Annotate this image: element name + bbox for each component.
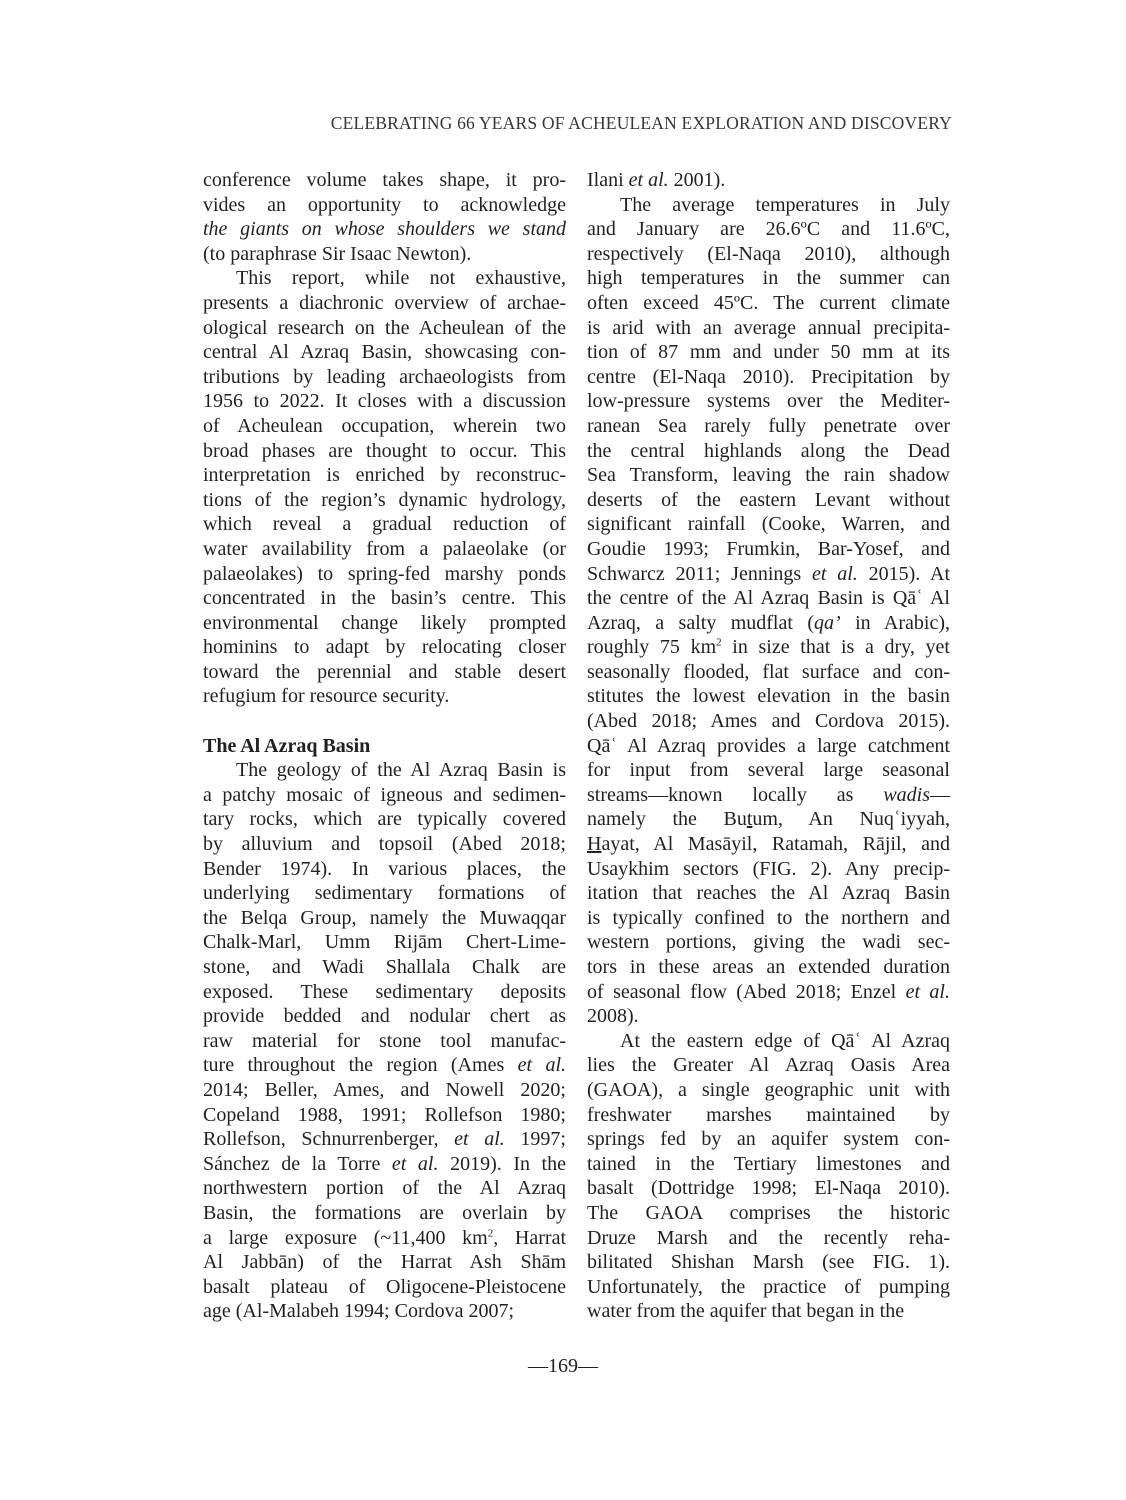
text-line: environmental change likely prompted: [203, 611, 566, 636]
text-line: tors in these areas an extended duration: [587, 955, 950, 980]
text-line: (Abed 2018; Ames and Cordova 2015).: [587, 709, 950, 734]
text-segment: which reveal a gradual reduction of: [203, 513, 566, 535]
text-line: Chalk-Marl, Umm Rijām Chert-Lime-: [203, 930, 566, 955]
text-segment: seasonally flooded, flat surface and con…: [587, 661, 950, 683]
section-gap: [203, 709, 566, 734]
text-line: Hayat, Al Masāyil, Ratamah, Rājil, and: [587, 832, 950, 857]
paragraph: Ilani et al. 2001).: [587, 168, 950, 193]
text-segment: 1956 to 2022. It closes with a discussio…: [203, 390, 566, 412]
text-line: Goudie 1993; Frumkin, Bar-Yosef, and: [587, 537, 950, 562]
italic-text: the giants on whose shoulders we stand: [203, 218, 566, 240]
text-segment: 2014; Beller, Ames, and Nowell 2020;: [203, 1079, 566, 1101]
italic-text: et al.: [454, 1128, 505, 1150]
text-segment: underlying sedimentary formations of: [203, 882, 566, 904]
text-line: Copeland 1988, 1991; Rollefson 1980;: [203, 1103, 566, 1128]
text-line: Sánchez de la Torre et al. 2019). In the: [203, 1152, 566, 1177]
text-segment: significant rainfall (Cooke, Warren, and: [587, 513, 950, 535]
text-segment: ological research on the Acheulean of th…: [203, 317, 566, 339]
text-line: ture throughout the region (Ames et al.: [203, 1053, 566, 1078]
text-line: 1956 to 2022. It closes with a discussio…: [203, 389, 566, 414]
text-segment: of seasonal flow (Abed 2018; Enzel: [587, 981, 906, 1003]
text-line: freshwater marshes maintained by: [587, 1103, 950, 1128]
text-line: palaeolakes) to spring-fed marshy ponds: [203, 562, 566, 587]
text-line: concentrated in the basin’s centre. This: [203, 586, 566, 611]
text-line: vides an opportunity to acknowledge: [203, 193, 566, 218]
text-line: Al Jabbān) of the Harrat Ash Shām: [203, 1250, 566, 1275]
text-line: Usaykhim sectors (FIG. 2). Any precip-: [587, 857, 950, 882]
text-segment: in size that is a dry, yet: [722, 636, 950, 658]
text-line: The GAOA comprises the historic: [587, 1201, 950, 1226]
text-segment: ture throughout the region (Ames: [203, 1054, 518, 1076]
text-segment: provide bedded and nodular chert as: [203, 1005, 566, 1027]
text-segment: Basin, the formations are overlain by: [203, 1202, 566, 1224]
text-line: Azraq, a salty mudflat (qa’ in Arabic),: [587, 611, 950, 636]
text-line: respectively (El-Naqa 2010), although: [587, 242, 950, 267]
text-segment: raw material for stone tool manufac-: [203, 1030, 566, 1052]
text-segment: Sánchez de la Torre: [203, 1153, 392, 1175]
text-segment: is typically confined to the northern an…: [587, 907, 950, 929]
text-line: northwestern portion of the Al Azraq: [203, 1176, 566, 1201]
text-line: The geology of the Al Azraq Basin is: [203, 758, 566, 783]
text-segment: Usaykhim sectors (FIG. 2). Any precip-: [587, 858, 950, 880]
text-line: low-pressure systems over the Mediter-: [587, 389, 950, 414]
text-segment: bilitated Shishan Marsh (see FIG. 1).: [587, 1251, 950, 1273]
text-line: seasonally flooded, flat surface and con…: [587, 660, 950, 685]
text-line: significant rainfall (Cooke, Warren, and: [587, 512, 950, 537]
text-line: This report, while not exhaustive,: [203, 266, 566, 291]
text-segment: of Acheulean occupation, wherein two: [203, 415, 566, 437]
text-line: and January are 26.6ºC and 11.6ºC,: [587, 217, 950, 242]
text-segment: toward the perennial and stable desert: [203, 661, 566, 683]
text-segment: centre (El-Naqa 2010). Precipitation by: [587, 366, 950, 388]
italic-text: wadis: [883, 784, 930, 806]
paragraph: The average temperatures in Julyand Janu…: [587, 193, 950, 1029]
text-line: tributions by leading archaeologists fro…: [203, 365, 566, 390]
text-segment: (to paraphrase Sir Isaac Newton).: [203, 243, 471, 265]
text-segment: namely the Bu: [587, 808, 747, 830]
text-segment: ayat, Al Masāyil, Ratamah, Rājil, and: [601, 833, 950, 855]
italic-text: et al.: [629, 169, 669, 191]
text-line: lies the Greater Al Azraq Oasis Area: [587, 1053, 950, 1078]
text-segment: the central highlands along the Dead: [587, 440, 950, 462]
text-line: toward the perennial and stable desert: [203, 660, 566, 685]
text-segment: basalt plateau of Oligocene-Pleistocene: [203, 1276, 566, 1298]
italic-text: et al.: [906, 981, 950, 1003]
text-segment: hominins to adapt by relocating closer: [203, 636, 566, 658]
text-line: conference volume takes shape, it pro-: [203, 168, 566, 193]
text-line: Schwarcz 2011; Jennings et al. 2015). At: [587, 562, 950, 587]
text-line: namely the Butum, An Nuqʿiyyah,: [587, 807, 950, 832]
text-line: is typically confined to the northern an…: [587, 906, 950, 931]
paragraph: The geology of the Al Azraq Basin isa pa…: [203, 758, 566, 1324]
text-line: hominins to adapt by relocating closer: [203, 635, 566, 660]
text-segment: The geology of the Al Azraq Basin is: [236, 759, 566, 781]
text-segment: 2001).: [669, 169, 726, 191]
text-segment: interpretation is enriched by reconstruc…: [203, 464, 566, 486]
text-segment: Druze Marsh and the recently reha-: [587, 1227, 950, 1249]
text-segment: tary rocks, which are typically covered: [203, 808, 566, 830]
text-segment: and January are 26.6ºC and 11.6ºC,: [587, 218, 950, 240]
italic-text: et al.: [392, 1153, 439, 1175]
text-segment: tained in the Tertiary limestones and: [587, 1153, 950, 1175]
text-segment: tors in these areas an extended duration: [587, 956, 950, 978]
text-segment: the Belqa Group, namely the Muwaqqar: [203, 907, 566, 929]
paragraph: This report, while not exhaustive,presen…: [203, 266, 566, 709]
text-segment: Copeland 1988, 1991; Rollefson 1980;: [203, 1104, 566, 1126]
text-line: centre (El-Naqa 2010). Precipitation by: [587, 365, 950, 390]
text-line: ological research on the Acheulean of th…: [203, 316, 566, 341]
text-line: Basin, the formations are overlain by: [203, 1201, 566, 1226]
italic-text: et al.: [812, 563, 858, 585]
text-segment: Unfortunately, the practice of pumping: [587, 1276, 950, 1298]
left-column: conference volume takes shape, it pro-vi…: [203, 168, 566, 1324]
text-line: presents a diachronic overview of archae…: [203, 291, 566, 316]
text-segment: itation that reaches the Al Azraq Basin: [587, 882, 950, 904]
text-line: provide bedded and nodular chert as: [203, 1004, 566, 1029]
text-line: roughly 75 km2 in size that is a dry, ye…: [587, 635, 950, 660]
text-line: Qāʿ Al Azraq provides a large catchment: [587, 734, 950, 759]
text-segment: conference volume takes shape, it pro-: [203, 169, 566, 191]
text-segment: The average temperatures in July: [620, 194, 950, 216]
text-segment: 2015). At: [858, 563, 950, 585]
text-segment: concentrated in the basin’s centre. This: [203, 587, 566, 609]
text-line: Druze Marsh and the recently reha-: [587, 1226, 950, 1251]
text-segment: for input from several large seasonal: [587, 759, 950, 781]
page-number: —169—: [0, 1355, 1126, 1378]
text-line: by alluvium and topsoil (Abed 2018;: [203, 832, 566, 857]
text-segment: Sea Transform, leaving the rain shadow: [587, 464, 950, 486]
text-line: the giants on whose shoulders we stand: [203, 217, 566, 242]
text-line: Ilani et al. 2001).: [587, 168, 950, 193]
text-segment: often exceed 45ºC. The current climate: [587, 292, 950, 314]
text-segment: tion of 87 mm and under 50 mm at its: [587, 341, 950, 363]
text-segment: H: [587, 833, 601, 855]
text-line: the centre of the Al Azraq Basin is Qāʿ …: [587, 586, 950, 611]
text-segment: a large exposure (~11,400 km: [203, 1227, 488, 1249]
text-segment: —: [930, 784, 950, 806]
text-segment: um, An Nuqʿiyyah,: [752, 808, 950, 830]
section-heading: The Al Azraq Basin: [203, 734, 566, 759]
text-segment: a patchy mosaic of igneous and sedimen-: [203, 784, 566, 806]
text-segment: tions of the region’s dynamic hydrology,: [203, 489, 566, 511]
text-line: tions of the region’s dynamic hydrology,: [203, 488, 566, 513]
text-segment: Al Jabbān) of the Harrat Ash Shām: [203, 1251, 566, 1273]
text-line: the central highlands along the Dead: [587, 439, 950, 464]
text-segment: broad phases are thought to occur. This: [203, 440, 566, 462]
text-segment: Chalk-Marl, Umm Rijām Chert-Lime-: [203, 931, 566, 953]
text-segment: in Arabic),: [841, 612, 950, 634]
text-line: which reveal a gradual reduction of: [203, 512, 566, 537]
text-line: 2014; Beller, Ames, and Nowell 2020;: [203, 1078, 566, 1103]
text-segment: tributions by leading archaeologists fro…: [203, 366, 566, 388]
text-line: underlying sedimentary formations of: [203, 881, 566, 906]
text-line: Unfortunately, the practice of pumping: [587, 1275, 950, 1300]
text-segment: lies the Greater Al Azraq Oasis Area: [587, 1054, 950, 1076]
text-line: a large exposure (~11,400 km2, Harrat: [203, 1226, 566, 1251]
text-line: of Acheulean occupation, wherein two: [203, 414, 566, 439]
text-segment: 2008).: [587, 1005, 639, 1027]
text-line: tained in the Tertiary limestones and: [587, 1152, 950, 1177]
text-line: refugium for resource security.: [203, 684, 566, 709]
text-line: age (Al-Malabeh 1994; Cordova 2007;: [203, 1299, 566, 1324]
text-line: Sea Transform, leaving the rain shadow: [587, 463, 950, 488]
text-line: is arid with an average annual precipita…: [587, 316, 950, 341]
text-line: tary rocks, which are typically covered: [203, 807, 566, 832]
text-line: basalt plateau of Oligocene-Pleistocene: [203, 1275, 566, 1300]
text-segment: Qāʿ Al Azraq provides a large catchment: [587, 735, 950, 757]
text-line: the Belqa Group, namely the Muwaqqar: [203, 906, 566, 931]
text-segment: 1997;: [505, 1128, 566, 1150]
text-line: western portions, giving the wadi sec-: [587, 930, 950, 955]
text-line: broad phases are thought to occur. This: [203, 439, 566, 464]
text-segment: ranean Sea rarely fully penetrate over: [587, 415, 950, 437]
text-segment: This report, while not exhaustive,: [236, 267, 566, 289]
text-segment: respectively (El-Naqa 2010), although: [587, 243, 950, 265]
running-head: CELEBRATING 66 YEARS OF ACHEULEAN EXPLOR…: [331, 113, 952, 134]
text-segment: age (Al-Malabeh 1994; Cordova 2007;: [203, 1300, 514, 1322]
text-segment: Goudie 1993; Frumkin, Bar-Yosef, and: [587, 538, 950, 560]
text-line: interpretation is enriched by reconstruc…: [203, 463, 566, 488]
text-segment: Bender 1974). In various places, the: [203, 858, 566, 880]
text-line: water from the aquifer that began in the: [587, 1299, 950, 1324]
text-line: for input from several large seasonal: [587, 758, 950, 783]
text-segment: vides an opportunity to acknowledge: [203, 194, 566, 216]
text-line: stitutes the lowest elevation in the bas…: [587, 684, 950, 709]
text-segment: roughly 75 km: [587, 636, 716, 658]
text-line: a patchy mosaic of igneous and sedimen-: [203, 783, 566, 808]
text-segment: exposed. These sedimentary deposits: [203, 981, 566, 1003]
text-line: streams—known locally as wadis—: [587, 783, 950, 808]
text-segment: deserts of the eastern Levant without: [587, 489, 950, 511]
text-segment: palaeolakes) to spring-fed marshy ponds: [203, 563, 566, 585]
text-segment: northwestern portion of the Al Azraq: [203, 1177, 566, 1199]
paragraph: conference volume takes shape, it pro-vi…: [203, 168, 566, 266]
text-segment: basalt (Dottridge 1998; El-Naqa 2010).: [587, 1177, 950, 1199]
text-line: stone, and Wadi Shallala Chalk are: [203, 955, 566, 980]
text-line: water availability from a palaeolake (or: [203, 537, 566, 562]
text-segment: is arid with an average annual precipita…: [587, 317, 950, 339]
text-segment: central Al Azraq Basin, showcasing con-: [203, 341, 566, 363]
text-line: At the eastern edge of Qāʿ Al Azraq: [587, 1029, 950, 1054]
text-line: high temperatures in the summer can: [587, 266, 950, 291]
text-segment: Rollefson, Schnurrenberger,: [203, 1128, 454, 1150]
text-line: (GAOA), a single geographic unit with: [587, 1078, 950, 1103]
text-segment: by alluvium and topsoil (Abed 2018;: [203, 833, 566, 855]
text-segment: The GAOA comprises the historic: [587, 1202, 950, 1224]
text-segment: (Abed 2018; Ames and Cordova 2015).: [587, 710, 950, 732]
text-segment: water availability from a palaeolake (or: [203, 538, 566, 560]
right-column: Ilani et al. 2001).The average temperatu…: [587, 168, 950, 1324]
text-line: Rollefson, Schnurrenberger, et al. 1997;: [203, 1127, 566, 1152]
text-segment: the centre of the Al Azraq Basin is Qāʿ …: [587, 587, 950, 609]
text-segment: presents a diachronic overview of archae…: [203, 292, 566, 314]
text-line: tion of 87 mm and under 50 mm at its: [587, 340, 950, 365]
text-line: raw material for stone tool manufac-: [203, 1029, 566, 1054]
text-segment: Schwarcz 2011; Jennings: [587, 563, 812, 585]
text-segment: At the eastern edge of Qāʿ Al Azraq: [620, 1030, 950, 1052]
text-segment: Ilani: [587, 169, 629, 191]
text-line: springs fed by an aquifer system con-: [587, 1127, 950, 1152]
text-segment: stitutes the lowest elevation in the bas…: [587, 685, 950, 707]
text-segment: water from the aquifer that began in the: [587, 1300, 904, 1322]
text-line: basalt (Dottridge 1998; El-Naqa 2010).: [587, 1176, 950, 1201]
text-line: bilitated Shishan Marsh (see FIG. 1).: [587, 1250, 950, 1275]
text-segment: freshwater marshes maintained by: [587, 1104, 950, 1126]
text-segment: springs fed by an aquifer system con-: [587, 1128, 950, 1150]
text-segment: streams—known locally as: [587, 784, 883, 806]
text-line: ranean Sea rarely fully penetrate over: [587, 414, 950, 439]
text-segment: 2019). In the: [439, 1153, 567, 1175]
text-line: deserts of the eastern Levant without: [587, 488, 950, 513]
text-line: The average temperatures in July: [587, 193, 950, 218]
text-line: (to paraphrase Sir Isaac Newton).: [203, 242, 566, 267]
text-segment: environmental change likely prompted: [203, 612, 566, 634]
text-segment: low-pressure systems over the Mediter-: [587, 390, 950, 412]
text-segment: Azraq, a salty mudflat (: [587, 612, 814, 634]
text-line: exposed. These sedimentary deposits: [203, 980, 566, 1005]
text-segment: high temperatures in the summer can: [587, 267, 950, 289]
text-line: itation that reaches the Al Azraq Basin: [587, 881, 950, 906]
italic-text: qa’: [814, 612, 841, 634]
text-segment: western portions, giving the wadi sec-: [587, 931, 950, 953]
text-line: Bender 1974). In various places, the: [203, 857, 566, 882]
text-line: of seasonal flow (Abed 2018; Enzel et al…: [587, 980, 950, 1005]
text-segment: refugium for resource security.: [203, 685, 449, 707]
text-segment: stone, and Wadi Shallala Chalk are: [203, 956, 566, 978]
text-line: often exceed 45ºC. The current climate: [587, 291, 950, 316]
text-line: central Al Azraq Basin, showcasing con-: [203, 340, 566, 365]
paragraph: At the eastern edge of Qāʿ Al Azraqlies …: [587, 1029, 950, 1324]
italic-text: et al.: [518, 1054, 566, 1076]
text-segment: , Harrat: [493, 1227, 566, 1249]
text-segment: (GAOA), a single geographic unit with: [587, 1079, 950, 1101]
text-line: 2008).: [587, 1004, 950, 1029]
